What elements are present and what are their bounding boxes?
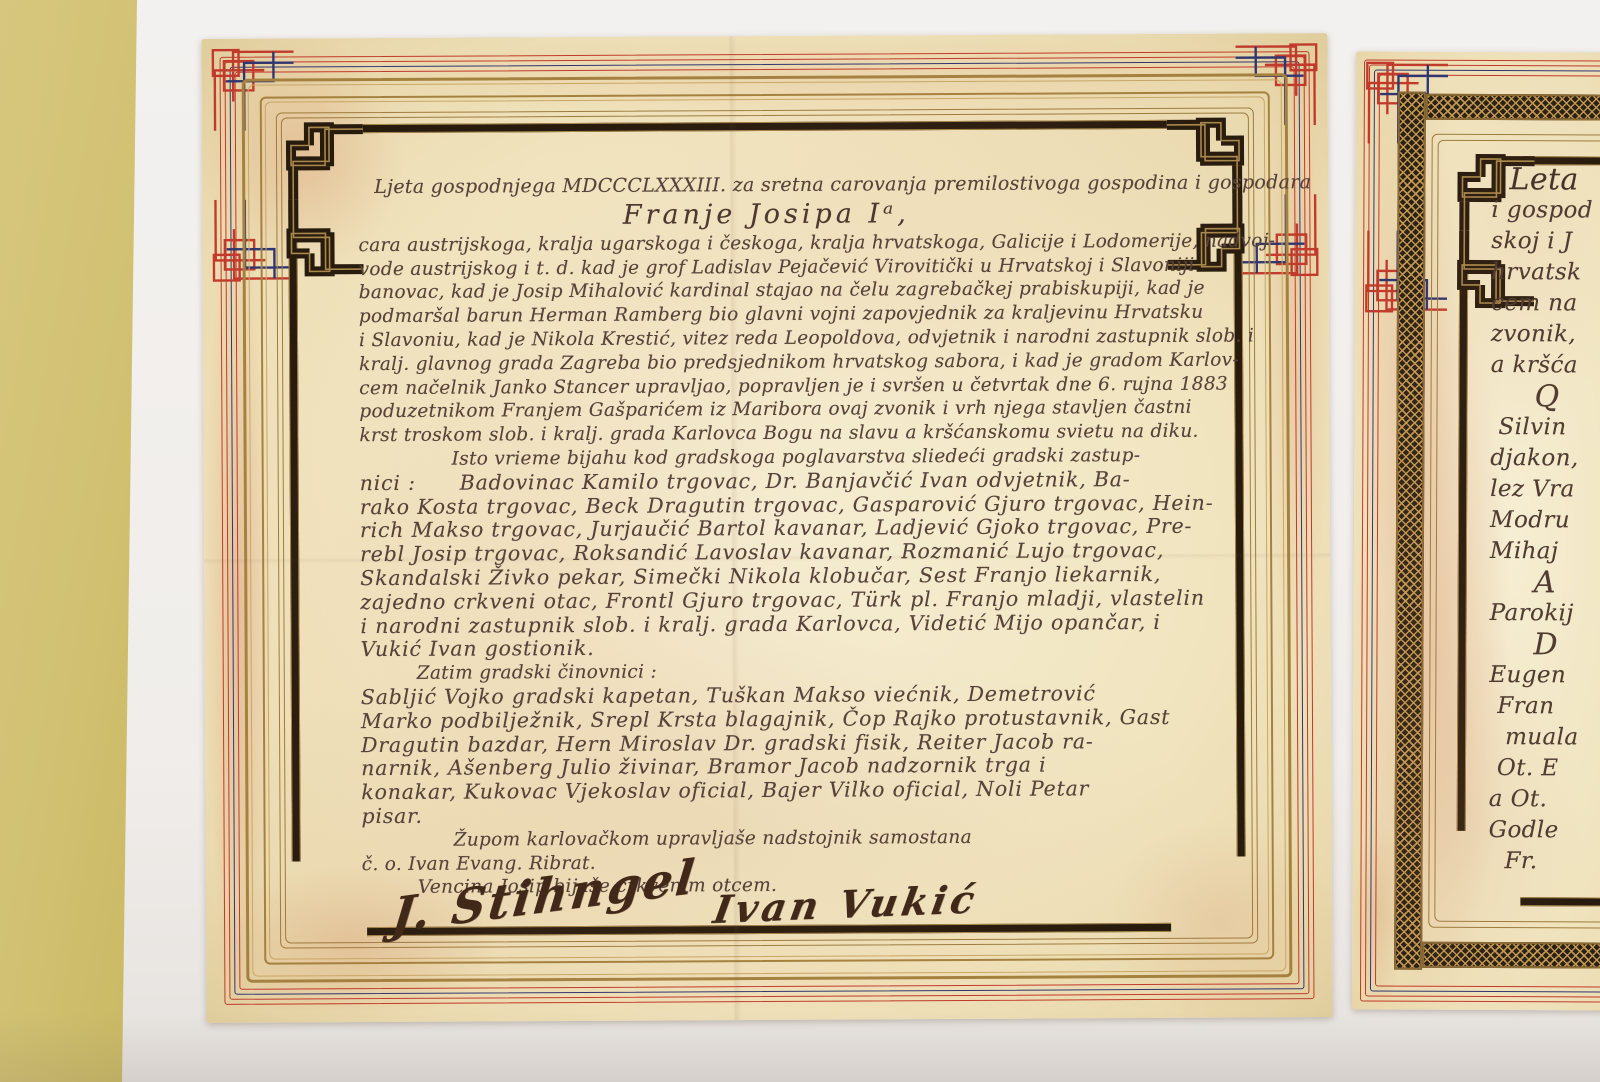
manuscript-line: Leta (1491, 164, 1600, 196)
manuscript-line: Silvin (1490, 412, 1600, 444)
yellow-wall-strip (0, 0, 140, 1082)
manuscript-line: a Ot. (1489, 784, 1600, 816)
manuscript-line: D (1489, 629, 1600, 661)
manuscript-text-block: Ljeta gospodnjega MDCCCLXXXIII. za sretn… (358, 172, 1178, 900)
greek-key-corner (279, 115, 363, 199)
manuscript-line: zvonik, (1491, 319, 1600, 351)
manuscript-text-block: Letai gospodskoj i Jhrvatskcem nazvonik,… (1488, 164, 1600, 878)
manuscript-line: Ljeta gospodnjega MDCCCLXXXIII. za sretn… (358, 172, 1174, 200)
manuscript-line: djakon, (1490, 443, 1600, 475)
manuscript-line: muala (1489, 722, 1600, 754)
lattice-band (1394, 92, 1426, 970)
manuscript-line: Parokij (1490, 598, 1600, 630)
manuscript-line: Fran (1489, 691, 1600, 723)
manuscript-line: i gospod (1491, 195, 1600, 227)
manuscript-line: Modru (1490, 505, 1600, 537)
manuscript-line: Eugen (1489, 660, 1600, 692)
right-manuscript: Letai gospodskoj i Jhrvatskcem nazvonik,… (1352, 51, 1600, 1010)
manuscript-line: Godle (1489, 815, 1600, 847)
manuscript-line: Ot. E (1489, 753, 1600, 785)
lattice-band (1422, 942, 1600, 969)
manuscript-line: Fr. (1488, 846, 1600, 878)
manuscript-line: lez Vra (1490, 474, 1600, 506)
manuscript-line: konakar, Kukovac Vjekoslav oficial, Baje… (361, 777, 1177, 805)
manuscript-line: i narodni zastupnik slob. i kralj. grada… (360, 610, 1176, 638)
manuscript-line: Mihaj (1490, 536, 1600, 568)
dark-frame-bar (1520, 897, 1600, 907)
manuscript-line: Q (1491, 381, 1600, 413)
greek-key-corner (279, 199, 363, 283)
lattice-band (1426, 94, 1600, 121)
left-manuscript: Ljeta gospodnjega MDCCCLXXXIII. za sretn… (201, 33, 1332, 1023)
photo-of-historical-documents: Ljeta gospodnjega MDCCCLXXXIII. za sretn… (0, 0, 1600, 1082)
manuscript-line: skoj i J (1491, 226, 1600, 258)
manuscript-line: cem na (1491, 288, 1600, 320)
manuscript-line: a kršća (1491, 350, 1600, 382)
manuscript-line: A (1490, 567, 1600, 599)
manuscript-line: Franje Josipa Iᵃ, (358, 196, 1174, 234)
manuscript-line: hrvatsk (1491, 257, 1600, 289)
manuscript-line: Dragutin bazdar, Hern Miroslav Dr. grads… (361, 729, 1177, 757)
